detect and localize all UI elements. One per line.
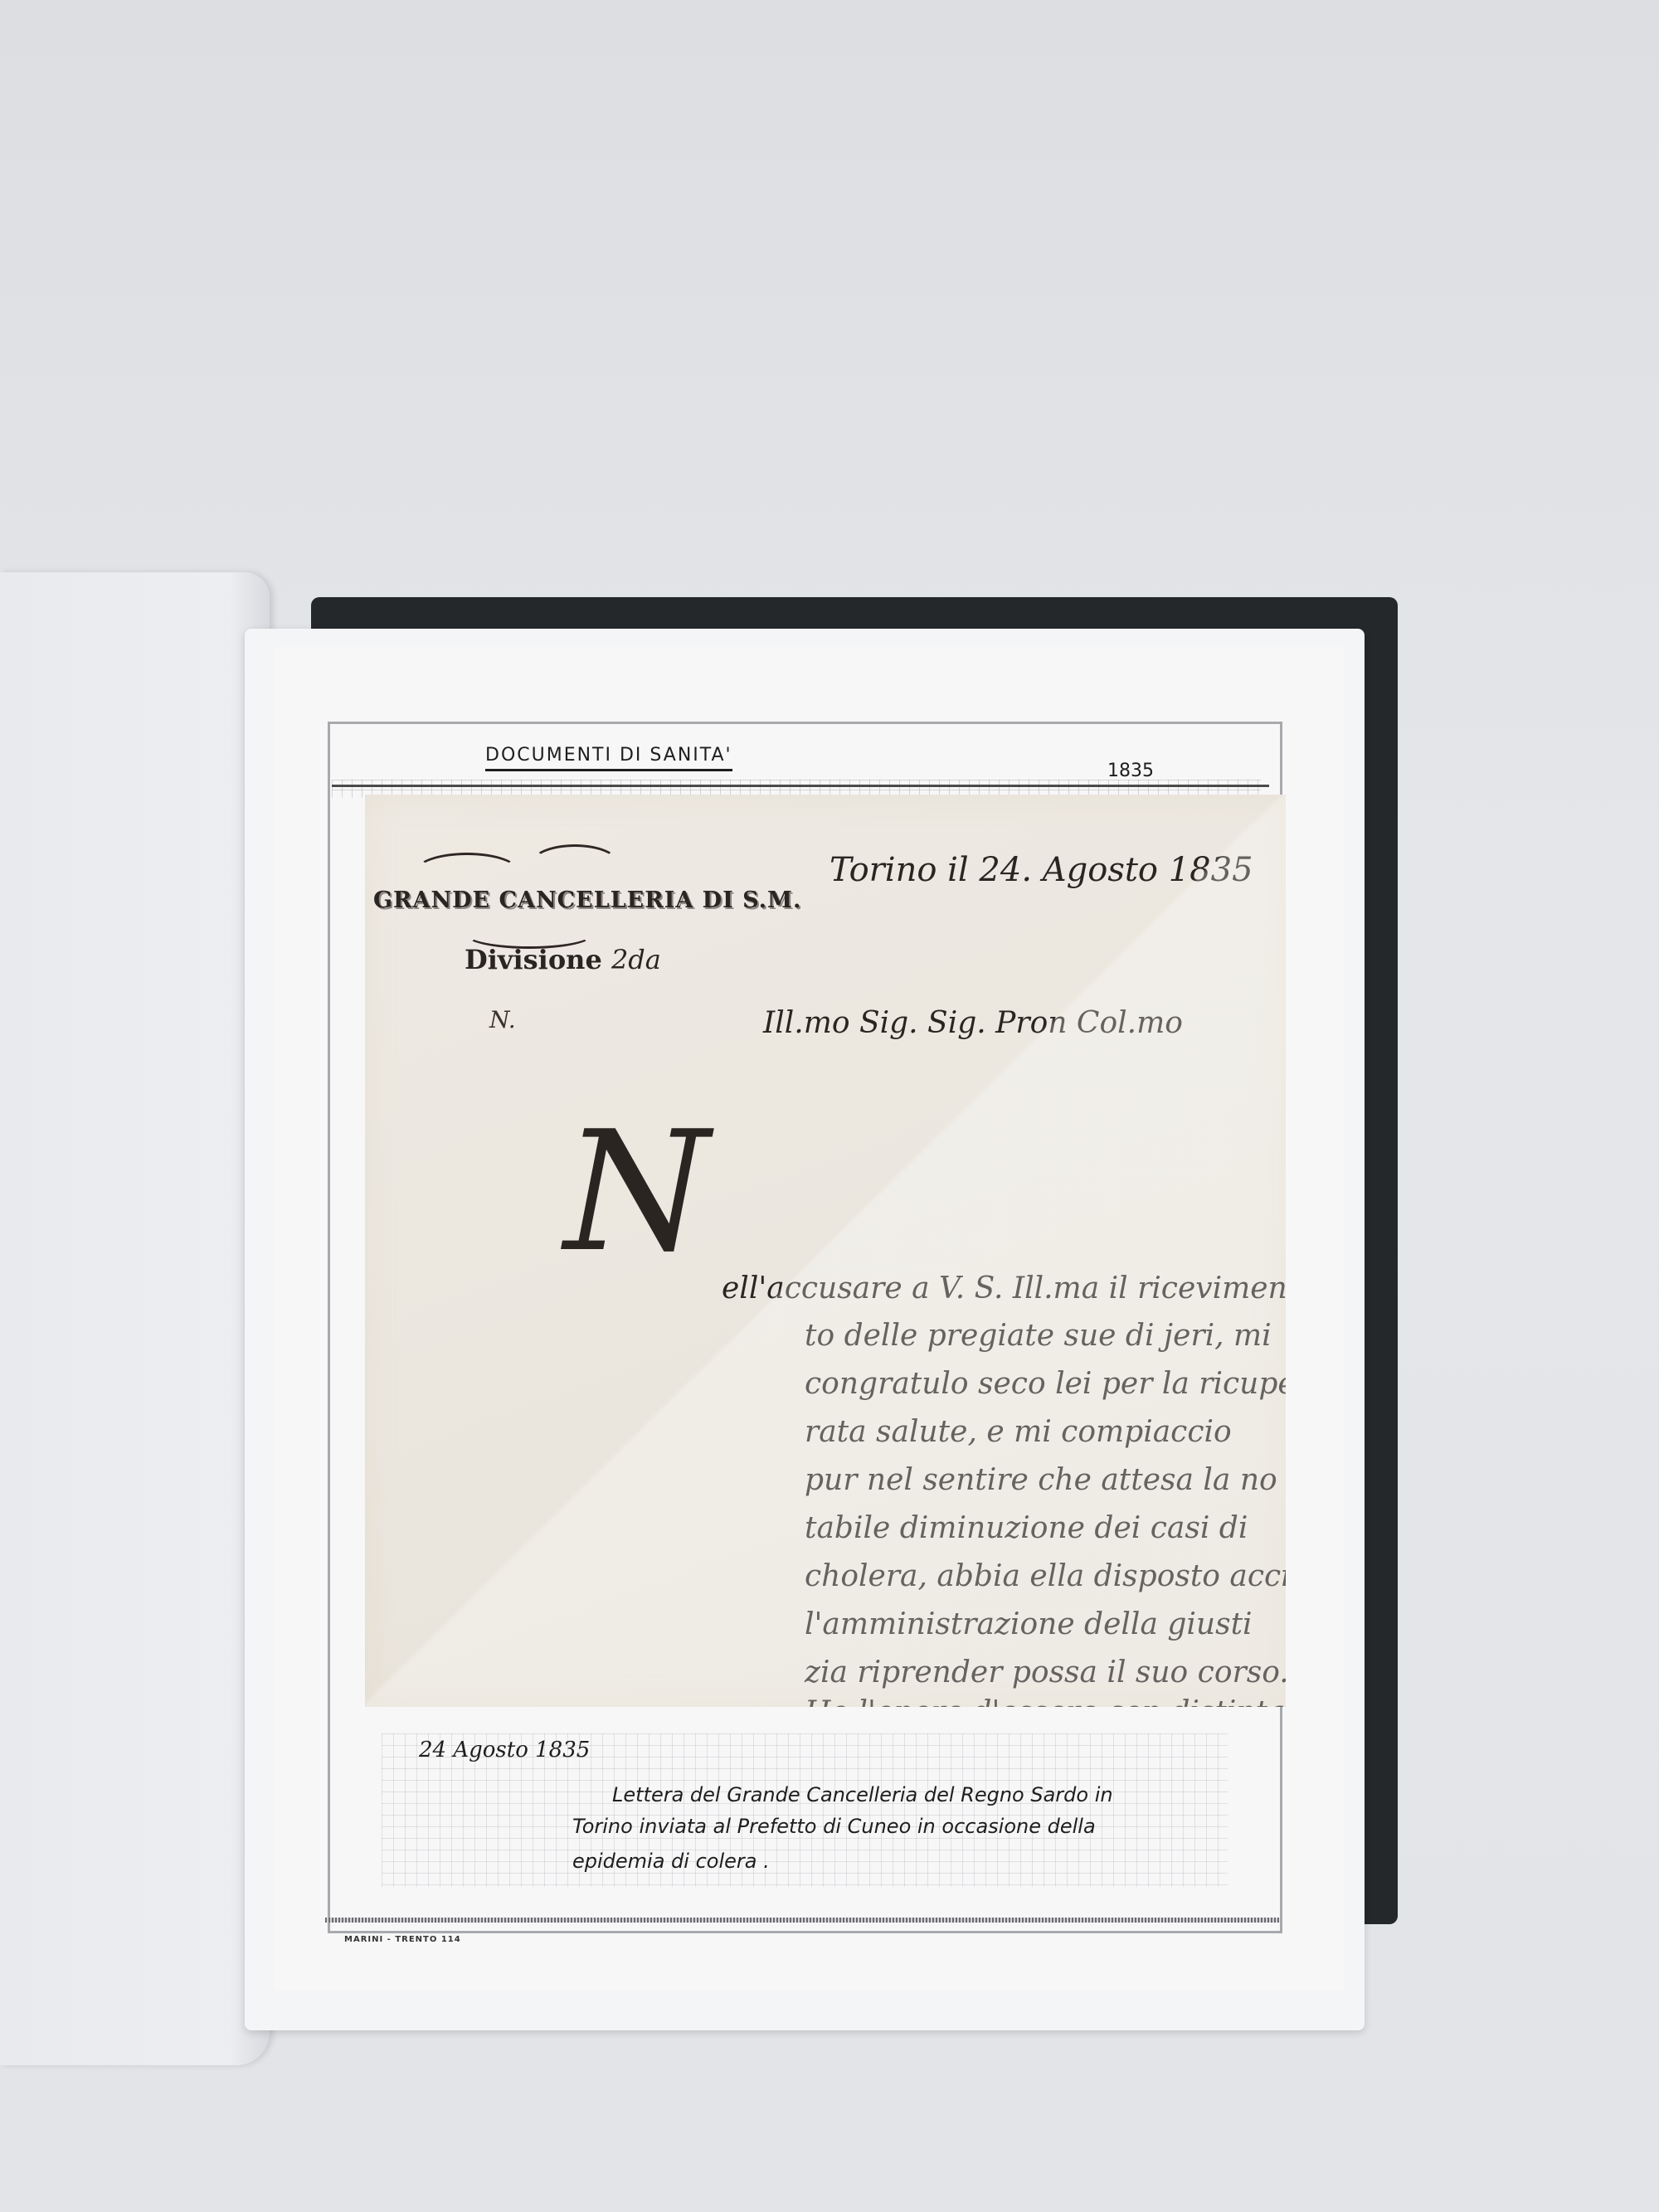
page-year: 1835 bbox=[1107, 761, 1154, 781]
bottom-rule bbox=[325, 1918, 1279, 1923]
letter-line: l'amministrazione della giusti bbox=[805, 1607, 1253, 1641]
letter-line: zia riprender possa il suo corso. bbox=[805, 1655, 1286, 1689]
division-number: 2da bbox=[611, 944, 661, 975]
letter-line: ell'accusare a V. S. Ill.ma il ricevimen bbox=[722, 1271, 1286, 1305]
publisher-imprint: MARINI - TRENTO 114 bbox=[344, 1935, 461, 1944]
division-text: Divisione bbox=[465, 944, 602, 975]
letter-addressee: Ill.mo Sig. Sig. Pron Col.mo bbox=[763, 1006, 1183, 1040]
letter-line: Ho l'onore d'essere con distinta bbox=[805, 1695, 1285, 1707]
flourish-ornament bbox=[531, 844, 619, 882]
letter-line: pur nel sentire che attesa la no bbox=[805, 1463, 1277, 1497]
letter-line: rata salute, e mi compiaccio bbox=[805, 1415, 1232, 1449]
letter-line: to delle pregiate sue di jeri, mi bbox=[805, 1319, 1272, 1353]
flourish-ornament bbox=[415, 853, 519, 891]
decorative-initial: N bbox=[564, 1110, 709, 1276]
number-label: N. bbox=[489, 1006, 516, 1033]
historical-letter: GRANDE CANCELLERIA DI S.M. Divisione 2da… bbox=[365, 795, 1286, 1707]
letter-line: congratulo seco lei per la ricupe bbox=[805, 1367, 1286, 1401]
caption-line: epidemia di colera . bbox=[572, 1850, 770, 1873]
album-left-page bbox=[0, 572, 270, 2065]
letter-line: tabile diminuzione dei casi di bbox=[805, 1511, 1248, 1545]
caption-line: Lettera del Grande Cancelleria del Regno… bbox=[612, 1783, 1113, 1806]
page-title: DOCUMENTI DI SANITA' bbox=[485, 745, 732, 771]
caption-date: 24 Agosto 1835 bbox=[419, 1738, 590, 1762]
letterhead: GRANDE CANCELLERIA DI S.M. bbox=[373, 887, 801, 913]
letter-dateline: Torino il 24. Agosto 1835 bbox=[829, 851, 1253, 889]
header-rule bbox=[332, 785, 1269, 787]
letter-line: cholera, abbia ella disposto acciò bbox=[805, 1559, 1286, 1593]
caption-line: Torino inviata al Prefetto di Cuneo in o… bbox=[572, 1815, 1096, 1838]
division-label: Divisione 2da bbox=[465, 944, 661, 975]
